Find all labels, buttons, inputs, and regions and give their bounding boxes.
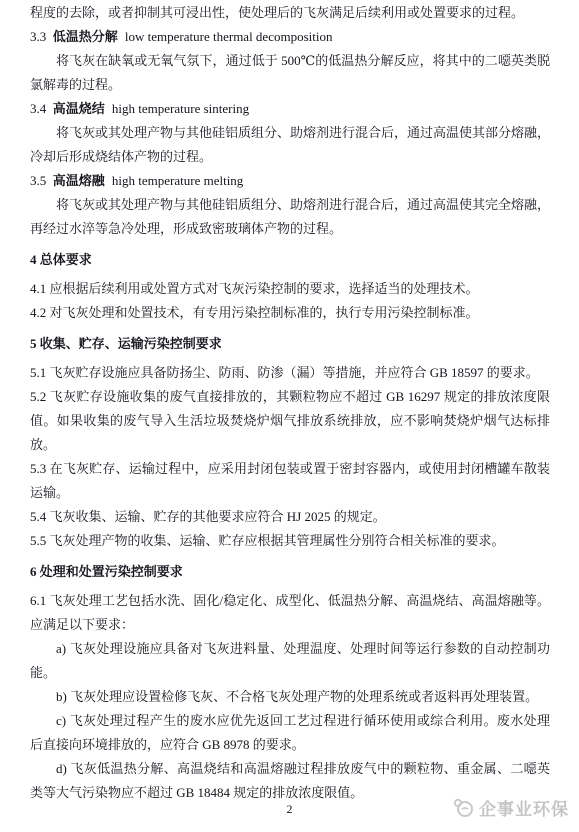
term-number: 3.3: [30, 29, 46, 44]
list-item-b: b) 飞灰处理应设置检修飞灰、不合格飞灰处理产物的处理系统或者返料再处理装置。: [30, 685, 550, 709]
list-item-a: a) 飞灰处理设施应具备对飞灰进料量、处理温度、处理时间等运行参数的自动控制功能…: [30, 637, 550, 685]
section-heading-6: 6 处理和处置污染控制要求: [30, 560, 550, 584]
watermark: 企事业环保: [452, 795, 569, 820]
clause-4-1: 4.1 应根据后续利用或处置方式对飞灰污染控制的要求，选择适当的处理技术。: [30, 277, 550, 301]
clause-5-4: 5.4 飞灰收集、运输、贮存的其他要求应符合 HJ 2025 的规定。: [30, 505, 550, 529]
clause-5-1: 5.1 飞灰贮存设施应具备防扬尘、防雨、防渗（漏）等措施，并应符合 GB 185…: [30, 361, 550, 385]
term-heading-3-3: 3.3低温热分解low temperature thermal decompos…: [30, 25, 550, 49]
paragraph-continuation: 程度的去除，或者抑制其可浸出性，使处理后的飞灰满足后续利用或处置要求的过程。: [30, 1, 550, 25]
term-number: 3.4: [30, 101, 46, 116]
document-page: 程度的去除，或者抑制其可浸出性，使处理后的飞灰满足后续利用或处置要求的过程。 3…: [0, 0, 579, 832]
clause-5-5: 5.5 飞灰处理产物的收集、运输、贮存应根据其管理属性分别符合相关标准的要求。: [30, 529, 550, 553]
section-heading-4: 4 总体要求: [30, 248, 550, 272]
list-item-c: c) 飞灰处理过程产生的废水应优先返回工艺过程进行循环使用或综合利用。废水处理后…: [30, 709, 550, 757]
definition-paragraph-3-3: 将飞灰在缺氧或无氧气氛下，通过低于 500℃的低温热分解反应，将其中的二噁英类脱…: [30, 49, 550, 97]
clause-5-2: 5.2 飞灰贮存设施收集的废气直接排放的，其颗粒物应不超过 GB 16297 规…: [30, 385, 550, 457]
clause-5-3: 5.3 在飞灰贮存、运输过程中，应采用封闭包装或置于密封容器内，或使用封闭槽罐车…: [30, 457, 550, 505]
section-heading-5: 5 收集、贮存、运输污染控制要求: [30, 332, 550, 356]
term-english: high temperature sintering: [112, 101, 249, 116]
term-chinese: 低温热分解: [53, 29, 118, 44]
watermark-logo-icon: [452, 798, 474, 818]
term-english: low temperature thermal decomposition: [125, 29, 333, 44]
term-chinese: 高温烧结: [53, 101, 105, 116]
document-body: 程度的去除，或者抑制其可浸出性，使处理后的飞灰满足后续利用或处置要求的过程。 3…: [30, 1, 550, 805]
term-number: 3.5: [30, 173, 46, 188]
term-heading-3-4: 3.4高温烧结high temperature sintering: [30, 97, 550, 121]
term-english: high temperature melting: [112, 173, 243, 188]
term-heading-3-5: 3.5高温熔融high temperature melting: [30, 169, 550, 193]
clause-4-2: 4.2 对飞灰处理和处置技术，有专用污染控制标准的，执行专用污染控制标准。: [30, 301, 550, 325]
watermark-label: 企事业环保: [479, 795, 569, 820]
term-chinese: 高温熔融: [53, 173, 105, 188]
definition-paragraph-3-4: 将飞灰或其处理产物与其他硅铝质组分、助熔剂进行混合后，通过高温使其部分熔融，冷却…: [30, 121, 550, 169]
clause-6-1: 6.1 飞灰处理工艺包括水洗、固化/稳定化、成型化、低温热分解、高温烧结、高温熔…: [30, 589, 550, 637]
definition-paragraph-3-5: 将飞灰或其处理产物与其他硅铝质组分、助熔剂进行混合后，通过高温使其完全熔融，再经…: [30, 193, 550, 241]
